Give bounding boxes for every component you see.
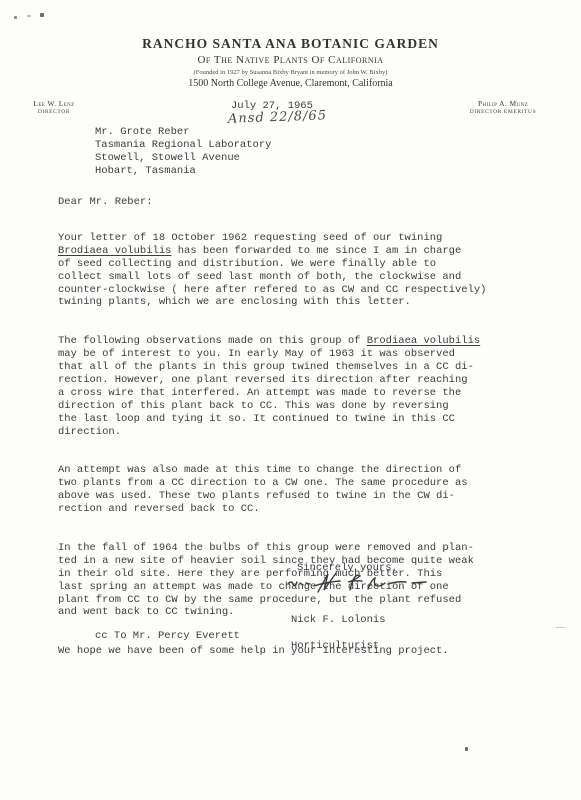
species-name-underlined: Brodiaea volubilis xyxy=(367,335,480,347)
scanned-letter-page: RANCHO SANTA ANA BOTANIC GARDEN Of The N… xyxy=(0,0,581,800)
paragraph-1-text: Your letter of 18 October 1962 requestin… xyxy=(58,232,442,244)
species-name-underlined: Brodiaea volubilis xyxy=(58,245,171,257)
paragraph-2: The following observations made on this … xyxy=(58,335,500,438)
signer-title: Horticulturist xyxy=(291,640,386,653)
scan-speck xyxy=(465,747,468,751)
handwritten-annotation: Ansd 22/8/65 xyxy=(228,108,327,126)
paragraph-5: We hope we have been of some help in you… xyxy=(58,645,500,658)
director-name: Lee W. Lenz xyxy=(14,99,94,108)
director-emeritus-title: Director Emeritus xyxy=(448,109,558,115)
cc-line: cc To Mr. Percy Everett xyxy=(95,630,240,643)
scan-speck xyxy=(14,16,17,19)
organization-tagline: Of The Native Plants Of California xyxy=(0,54,581,66)
signature-scrawl xyxy=(284,570,434,602)
organization-address: 1500 North College Avenue, Claremont, Ca… xyxy=(0,78,581,89)
paragraph-2-text: The following observations made on this … xyxy=(58,335,367,347)
scan-speck xyxy=(556,627,565,628)
letter-body: Your letter of 18 October 1962 requestin… xyxy=(58,219,500,684)
letterhead: RANCHO SANTA ANA BOTANIC GARDEN Of The N… xyxy=(0,36,581,89)
scan-speck xyxy=(27,15,31,17)
scan-speck xyxy=(40,13,44,17)
organization-name: RANCHO SANTA ANA BOTANIC GARDEN xyxy=(0,36,581,52)
director-emeritus-name: Philip A. Munz xyxy=(448,99,558,108)
director-block: Lee W. Lenz Director xyxy=(14,99,94,115)
paragraph-1: Your letter of 18 October 1962 requestin… xyxy=(58,232,500,309)
signer-block: Nick F. Lolonis Horticulturist xyxy=(291,601,386,666)
signer-name: Nick F. Lolonis xyxy=(291,614,386,627)
director-emeritus-block: Philip A. Munz Director Emeritus xyxy=(448,99,558,115)
paragraph-2-text: may be of interest to you. In early May … xyxy=(58,348,474,437)
director-title: Director xyxy=(14,109,94,115)
salutation: Dear Mr. Reber: xyxy=(58,196,153,209)
paragraph-3: An attempt was also made at this time to… xyxy=(58,464,500,516)
founded-line: (Founded in 1927 by Susanna Bixby Bryant… xyxy=(0,69,581,76)
recipient-address: Mr. Grote Reber Tasmania Regional Labora… xyxy=(95,126,271,178)
